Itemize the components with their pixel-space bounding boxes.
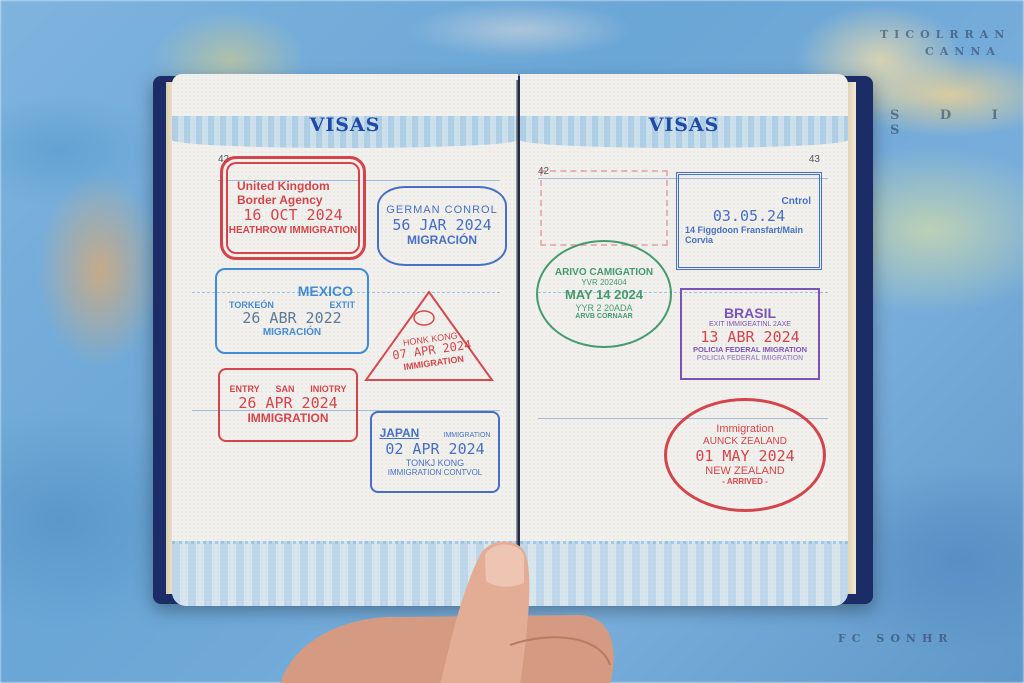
passport-spine	[516, 80, 520, 602]
page-heading: VISAS	[172, 114, 518, 136]
passport-page-right: VISAS 42 43 Cntrol 03.05.24 14 Figgdoon …	[520, 74, 848, 606]
passport-page-left: VISAS 42 United Kingdom Border Agency 16…	[172, 74, 518, 606]
stamp-brasil: BRASIL EXIT IMMIGEATINL 2AXE 13 ABR 2024…	[680, 288, 820, 380]
map-label: TICOLRRAN	[880, 28, 1010, 41]
stamp-faded	[540, 170, 668, 246]
hand-holding-passport	[280, 535, 620, 683]
stamp-japan: JAPAN IMMIGRATION 02 APR 2024 TONKJ KONG…	[370, 411, 500, 493]
stamp-new-zealand: Immigration AUNCK ZEALAND 01 MAY 2024 NE…	[664, 398, 826, 512]
map-label: S D I S	[890, 108, 1024, 138]
map-label: CANNA	[925, 45, 1001, 58]
stamp-uk: United Kingdom Border Agency 16 OCT 2024…	[220, 156, 366, 260]
stamp-germany: GERMAN CONROL 56 JAR 2024 MIGRACIÓN	[377, 186, 507, 266]
stamp-green-oval: ARIVO CAMIGATION YVR 202404 MAY 14 2024 …	[536, 240, 672, 348]
map-label: FC SONHR	[838, 632, 954, 645]
page-heading: VISAS	[520, 114, 848, 136]
stamp-frankfurt: Cntrol 03.05.24 14 Figgdoon Fransfart/Ma…	[676, 172, 822, 270]
stamp-mexico: MEXICO TORKEÓNEXTIT 26 ABR 2022 MIGRACIÓ…	[215, 268, 369, 354]
page-number: 43	[809, 154, 820, 165]
stamp-entry: ENTRYSANINIOTRY 26 APR 2024 IMMIGRATION	[218, 368, 358, 442]
